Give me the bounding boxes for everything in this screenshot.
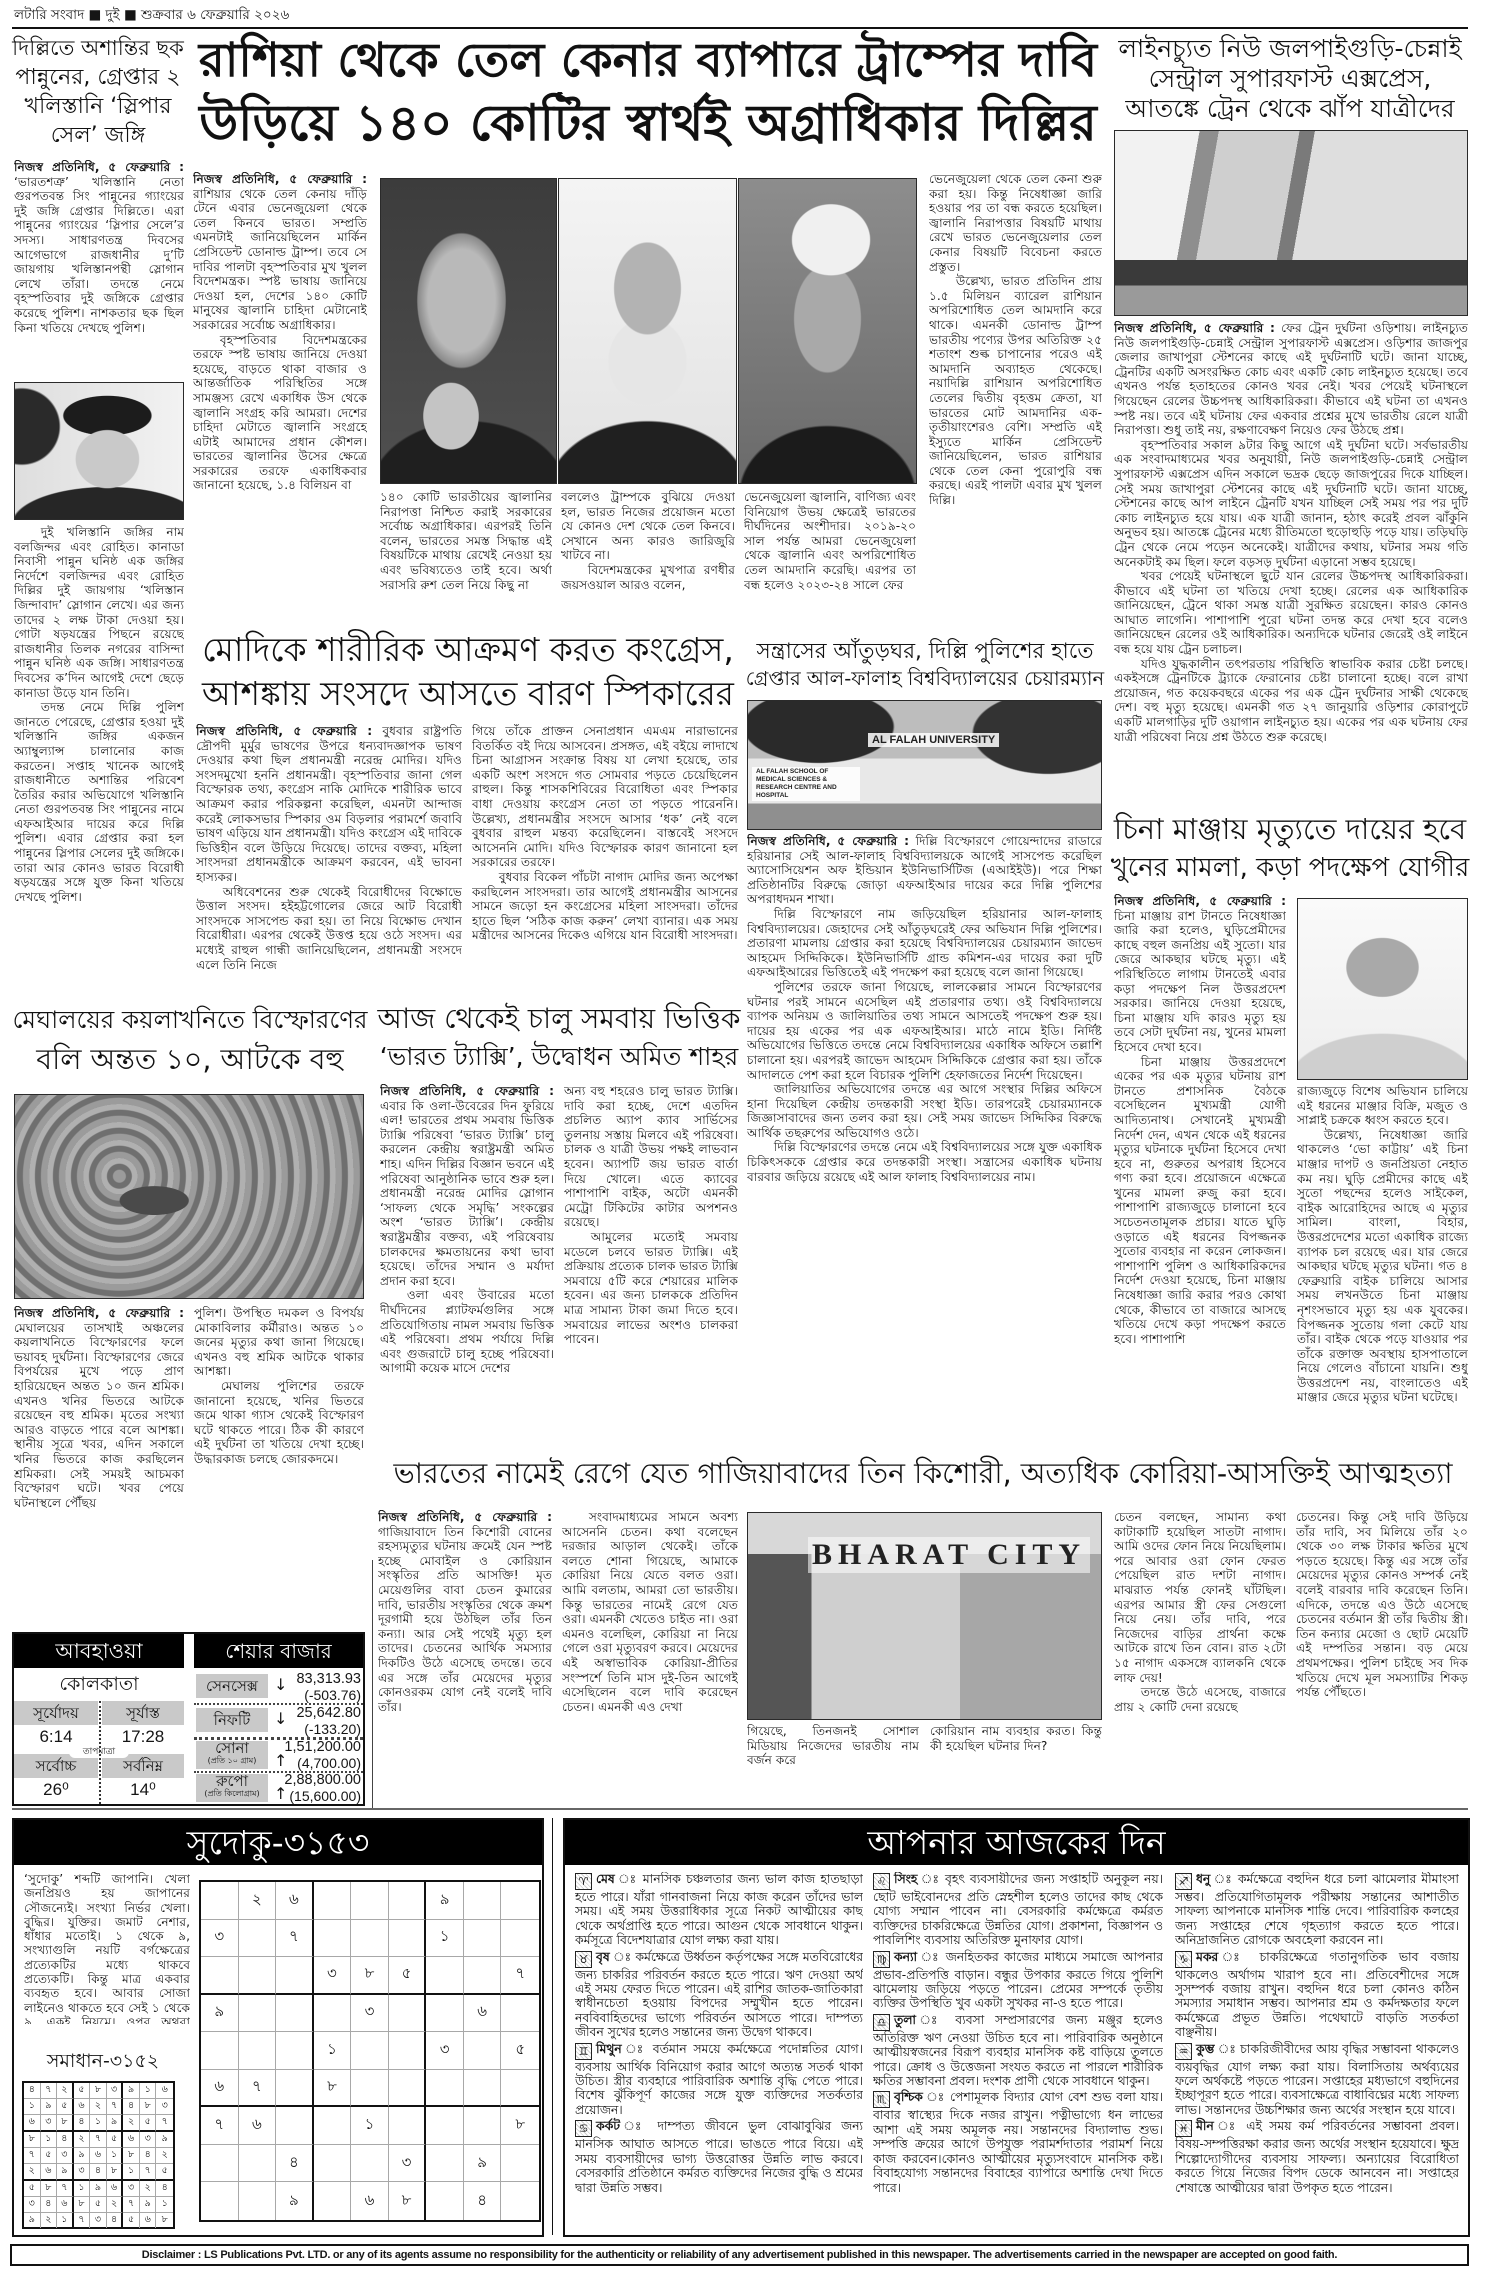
solution-cell: ৪: [41, 2197, 58, 2213]
solution-cell: ৮: [90, 2083, 107, 2099]
story-paragraph: নিজস্ব প্রতিনিধি, ৫ ফেব্রুয়ারি : রাশিয়…: [193, 172, 367, 333]
paragraph-text: মেঘালয়ের তাসখাই অঞ্চলের কয়লাখনিতে বিস্…: [14, 1321, 184, 1510]
photo-putin: [380, 178, 557, 484]
story-paragraph: সংবাদমাধ্যমের সামনে অবশ্য আসেননি চেতন। ক…: [562, 1510, 738, 1714]
story-paragraph: জালিয়াতির অভিযোগের তদন্তে এর আগে সংস্থা…: [747, 1082, 1102, 1140]
solution-cell: ৮: [24, 2132, 41, 2148]
solution-cell: ৯: [57, 2164, 74, 2181]
headline-line: ‘ভারত ট্যাক্সি’, উদ্বোধন অমিত শাহর: [376, 1038, 742, 1076]
solution-cell: ৩: [74, 2164, 91, 2181]
story-paragraph: নিজস্ব প্রতিনিধি, ৫ ফেব্রুয়ারি : গাজিয়…: [378, 1510, 552, 1714]
page-number: দুই: [106, 7, 120, 23]
column-divider: [552, 1818, 553, 2235]
china-manja-column-2: রাজ্যজুড়ে বিশেষ অভিযান চালিয়ে এই ধরনের…: [1297, 1084, 1468, 1442]
solution-cell: ৩: [107, 2083, 124, 2099]
sudoku-cell: [501, 2070, 539, 2108]
photo-trump: [738, 178, 917, 484]
sudoku-cell: ৪: [276, 2145, 314, 2183]
sudoku-solution-title: সমাধান-৩১৫২: [18, 2048, 188, 2074]
sudoku-cell: [201, 1957, 239, 1995]
share-change: (4,700.00): [297, 1755, 361, 1771]
sudoku-cell: [276, 2070, 314, 2108]
al-falah-headline: সন্ত্রাসের আঁতুড়ঘর, দিল্লি পুলিশের হাতে…: [745, 638, 1105, 696]
solution-cell: ৮: [107, 2164, 124, 2181]
headline-line: গ্রেপ্তার আল-ফালাহ বিশ্ববিদ্যালয়ের চেয়…: [745, 665, 1105, 692]
solution-cell: ৪: [24, 2083, 41, 2099]
ghaziabad-column-5: চেতনের। কিন্তু সেই দাবি উড়িয়ে তাঁর দাব…: [1296, 1510, 1468, 1802]
sudoku-cell: ৫: [389, 1957, 427, 1995]
prediction-text: চাকরিজীবীদের আয় বৃদ্ধির সম্ভাবনা থাকলেও…: [1175, 2042, 1459, 2117]
solution-cell: ৯: [24, 2213, 41, 2228]
photo-sign-subtext: AL FALAH SCHOOL OF MEDICAL SCIENCES & RE…: [752, 767, 860, 801]
solution-cell: ৫: [90, 2197, 107, 2213]
bharat-taxi-column-1: নিজস্ব প্রতিনিধি, ৫ ফেব্রুয়ারি : এবার ক…: [380, 1084, 554, 1442]
prediction-text: মানসিক চঞ্চলতার জন্য ভাল কাজ হাতছাড়া হত…: [575, 1872, 863, 1947]
sudoku-cell: ৬: [276, 1882, 314, 1920]
byline: নিজস্ব প্রতিনিধি, ৫ ফেব্রুয়ারি :: [193, 172, 367, 186]
sudoku-puzzle-grid: ২৬৯৩৭১৩৮৫৭৯৩৬১৩৫৬৭৮৭৬১৮৪৩৯৯৬৮৪: [199, 1880, 541, 2222]
sign-name: মীন: [1196, 2119, 1214, 2133]
story-paragraph: খবর পেয়েই ঘটনাস্থলে ছুটে যান রেলের উচ্চ…: [1114, 569, 1468, 657]
sudoku-cell: ৯: [464, 2145, 502, 2183]
meghalaya-column-1: নিজস্ব প্রতিনিধি, ৫ ফেব্রুয়ারি : মেঘালয…: [14, 1306, 184, 1628]
sudoku-cell: [464, 2107, 502, 2145]
solution-cell: ৩: [90, 2213, 107, 2228]
sudoku-cell: ৬: [351, 2182, 389, 2220]
story-paragraph: চেতনের। কিন্তু সেই দাবি উড়িয়ে তাঁর দাব…: [1296, 1510, 1468, 1700]
story-paragraph: উল্লেখ্য, ভারত প্রতিদিন প্রায় ১.৫ মিলিয…: [929, 274, 1102, 508]
headline-line: লাইনচ্যুত নিউ জলপাইগুড়ি-চেন্নাই: [1110, 34, 1470, 64]
sudoku-header: সুদোকু-৩১৫৩: [14, 1820, 542, 1865]
modi-story-column-1: নিজস্ব প্রতিনিধি, ৫ ফেব্রুয়ারি : বুধবার…: [196, 724, 462, 994]
sudoku-cell: [389, 2032, 427, 2070]
sudoku-cell: [201, 2032, 239, 2070]
story-paragraph: বৃহস্পতিবার বিদেশমন্ত্রকের তরফে স্পষ্ট ভ…: [193, 333, 367, 494]
horoscope-entry-scorpio: ♏বৃশ্চিক ঃ পেশামূলক বিদ্যার যোগ বেশ শুভ …: [873, 2090, 1163, 2194]
sudoku-cell: ৮: [389, 2182, 427, 2220]
headline-line: মোদিকে শারীরিক আক্রমণ করত কংগ্রেস,: [196, 628, 740, 672]
story-paragraph: বিদেশমন্ত্রকের মুখপাত্র রণধীর জয়সওয়াল …: [561, 563, 735, 592]
prediction-text: চাকরিক্ষেত্রে গতানুগতিক ভাব বজায় থাকলেও…: [1175, 1950, 1459, 2040]
story-paragraph: তদন্তে উঠে এসেছে, বাজারে প্রায় ২ কোটি দ…: [1114, 1685, 1286, 1714]
solution-cell: ৪: [107, 2213, 124, 2228]
headline-line: দিল্লিতে অশান্তির ছক: [10, 34, 186, 63]
story-paragraph: দুই খলিস্তানি জঙ্গির নাম বলজিন্দর এবং রো…: [14, 525, 184, 700]
headline-line: রাশিয়া থেকে তেল কেনার ব্যাপারে ট্রাম্পে…: [196, 30, 1100, 92]
paragraph-text: রাশিয়ার থেকে তেল কেনায় দাঁড়ি টেনে এবা…: [193, 187, 367, 332]
story-paragraph: নিজস্ব প্রতিনিধি, ৫ ফেব্রুয়ারি : বুধবার…: [196, 724, 462, 885]
sudoku-cell: [501, 2182, 539, 2220]
photo-pannun: [14, 382, 184, 520]
meghalaya-column-2: পুলিশ। উপস্থিত দমকল ও বিপর্যয় মোকাবিলার…: [194, 1306, 364, 1628]
solution-cell: ৫: [74, 2083, 91, 2099]
paragraph-text: এবার কি ওলা-উবেরের দিন ফুরিয়ে এল! ভারতে…: [380, 1099, 554, 1288]
prediction-text: কর্মক্ষেত্রে বহুদিন ধরে চলা ঝামেলার মীমা…: [1175, 1872, 1459, 1947]
newspaper-page: লটারি সংবাদ ■ দুই ■ শুক্রবার ৬ ফেব্রুয়া…: [0, 0, 1500, 2270]
photo-coal-mine-rescue: [14, 1094, 364, 1299]
weather-header: আবহাওয়া: [14, 1634, 184, 1668]
sunrise-label: সূর্যোদয়: [14, 1701, 98, 1725]
solution-cell: ৯: [74, 2148, 91, 2164]
sudoku-cell: [464, 2070, 502, 2108]
headline-line: আশঙ্কায় সংসদে আসতে বারণ স্পিকারের: [196, 672, 740, 716]
sudoku-cell: [389, 1882, 427, 1920]
weather-divider: [99, 1701, 101, 1804]
solution-cell: ৩: [140, 2132, 157, 2148]
solution-cell: ৩: [41, 2115, 58, 2132]
byline: নিজস্ব প্রতিনিধি, ৫ ফেব্রুয়ারি :: [14, 160, 184, 174]
share-label: সোনা: [196, 1741, 268, 1756]
scorpio-zodiac-icon: ♏: [873, 2091, 890, 2108]
share-unit: (প্রতি ১০ গ্রাম): [196, 1756, 268, 1766]
ghaziabad-caption-column-1: গিয়েছে, তিনজনই সোশাল মিডিয়ায় নিজেদের …: [747, 1724, 919, 1798]
sudoku-cell: ৯: [426, 1882, 464, 1920]
sudoku-cell: ৭: [501, 1957, 539, 1995]
solution-cell: ৫: [156, 2164, 173, 2181]
share-change: (15,600.00): [289, 1788, 361, 1804]
story-paragraph: দিল্লি বিস্ফোরণে নাম জড়িয়েছিল হরিয়ানা…: [747, 907, 1102, 980]
meghalaya-headline: মেঘালয়ের কয়লাখনিতে বিস্ফোরণের বলি অন্ত…: [12, 1000, 368, 1086]
solution-cell: ৬: [140, 2213, 157, 2228]
sign-name: ধনু: [1196, 1872, 1210, 1886]
sudoku-cell: ১: [314, 2032, 352, 2070]
sudoku-cell: [201, 2182, 239, 2220]
horoscope-entry-taurus: ♉বৃষ ঃ কর্মক্ষেত্রে উর্ধ্বতন কর্তৃপক্ষের…: [575, 1950, 863, 2040]
solution-cell: ৪: [90, 2164, 107, 2181]
sudoku-cell: ৩: [201, 1920, 239, 1958]
byline: নিজস্ব প্রতিনিধি, ৫ ফেব্রুয়ারি :: [1114, 321, 1275, 335]
prediction-text: জনহিতকর কাজের মাধ্যমে সমাজে আপনার প্রভাব…: [873, 1950, 1163, 2011]
solution-cell: ৩: [123, 2181, 140, 2197]
sudoku-cell: [239, 1995, 277, 2033]
sudoku-cell: [239, 1957, 277, 1995]
share-row-sensex: সেনসেক্স ↓ 83,313.93 (-503.76): [194, 1671, 363, 1703]
story-paragraph: মেঘালয় পুলিশের তরফে জানানো হয়েছে, খনির…: [194, 1379, 364, 1467]
story-paragraph: নিজস্ব প্রতিনিধি, ৫ ফেব্রুয়ারি : মেঘালয…: [14, 1306, 184, 1510]
sudoku-cell: ৬: [464, 1995, 502, 2033]
solution-cell: ৬: [90, 2148, 107, 2164]
horoscope-entry-cancer: ♋কর্কট ঃ দাম্পত্য জীবনে ভুল বোঝাবুঝির জন…: [575, 2119, 863, 2195]
sudoku-cell: ২: [239, 1882, 277, 1920]
separator-square-icon: ■: [124, 7, 137, 23]
sudoku-cell: [389, 1995, 427, 2033]
story-paragraph: নিজস্ব প্রতিনিধি, ৫ ফেব্রুয়ারি : এবার ক…: [380, 1084, 554, 1288]
photo-sign-text: AL FALAH UNIVERSITY: [868, 733, 999, 747]
solution-cell: ৭: [123, 2197, 140, 2213]
solution-cell: ৮: [156, 2213, 173, 2228]
sudoku-cell: [426, 2182, 464, 2220]
story-paragraph: উল্লেখ্য, নিষেধাজ্ঞা জারি থাকলেও ‘ভো কাট…: [1297, 1128, 1468, 1405]
story-paragraph: গিয়ে তাঁকে প্রাক্তন সেনাপ্রধান এমএম নার…: [472, 724, 738, 870]
leo-zodiac-icon: ♌: [873, 1873, 890, 1890]
solution-cell: ৭: [156, 2115, 173, 2132]
solution-cell: ৭: [74, 2213, 91, 2228]
khalistan-body-top: নিজস্ব প্রতিনিধি, ৫ ফেব্রুয়ারি : ‘ভারতশ…: [14, 160, 184, 378]
sudoku-cell: [276, 2032, 314, 2070]
sudoku-cell: [351, 2070, 389, 2108]
sunset-time: 17:28: [102, 1726, 184, 1748]
section-rule: [12, 1808, 1468, 1810]
share-value: 1,51,200.00: [284, 1739, 361, 1755]
sign-name: মিথুন: [596, 2042, 622, 2056]
byline: নিজস্ব প্রতিনিধি, ৫ ফেব্রুয়ারি :: [380, 1084, 554, 1098]
headline-line: সন্ত্রাসের আঁতুড়ঘর, দিল্লি পুলিশের হাতে: [745, 638, 1105, 665]
sunrise-time: 6:14: [14, 1726, 98, 1748]
share-row-silver: রুপো (প্রতি কিলোগ্রাম) ↑ 2,88,800.00 (15…: [194, 1772, 363, 1804]
solution-cell: ৭: [140, 2164, 157, 2181]
story-paragraph: ওলা এবং উবারের মতো দীর্ঘদিনের প্ল্যাটফর্…: [380, 1288, 554, 1376]
solution-cell: ৮: [123, 2148, 140, 2164]
byline: নিজস্ব প্রতিনিধি, ৫ ফেব্রুয়ারি :: [747, 834, 909, 848]
paragraph-text: গাজিয়াবাদে তিন কিশোরী বোনের রহস্যমৃত্যু…: [378, 1525, 552, 1714]
solution-cell: ৬: [74, 2099, 91, 2115]
solution-cell: ৬: [57, 2197, 74, 2213]
sudoku-cell: [464, 2032, 502, 2070]
solution-cell: ১: [24, 2099, 41, 2115]
headline-line: আজ থেকেই চালু সমবায় ভিত্তিক: [376, 1000, 742, 1038]
sudoku-cell: ৮: [501, 2107, 539, 2145]
sudoku-cell: [276, 1957, 314, 1995]
sudoku-cell: [351, 2032, 389, 2070]
sudoku-cell: ৬: [201, 2070, 239, 2108]
solution-cell: ২: [41, 2213, 58, 2228]
sudoku-cell: ১: [426, 1920, 464, 1958]
story-paragraph: অন্য বহু শহরেও চালু ভারত ট্যাক্সি। দাবি …: [564, 1084, 738, 1230]
share-label: সেনসেক্স: [196, 1674, 268, 1698]
headline-line: খলিস্তানি ‘স্লিপার: [10, 92, 186, 121]
ghaziabad-column-4: চেতন বলছেন, সামান্য কথা কাটাকাটি হয়েছিল…: [1114, 1510, 1286, 1802]
sudoku-cell: [464, 1920, 502, 1958]
sudoku-cell: [351, 1882, 389, 1920]
horoscope-entry-pisces: ♓মীন ঃ এই সময় কর্ম পরিবর্তনের সম্ভাবনা …: [1175, 2119, 1459, 2195]
sudoku-cell: [276, 2107, 314, 2145]
solution-cell: ২: [123, 2115, 140, 2132]
prediction-text: পেশামূলক বিদ্যার যোগ বেশ শুভ বলা যায়। ব…: [873, 2090, 1163, 2194]
solution-cell: ২: [90, 2099, 107, 2115]
sudoku-cell: ১: [351, 2107, 389, 2145]
solution-cell: ৫: [57, 2099, 74, 2115]
sign-name: বৃশ্চিক: [894, 2090, 923, 2104]
solution-cell: ৪: [74, 2115, 91, 2132]
solution-cell: ৭: [107, 2099, 124, 2115]
solution-cell: ৭: [41, 2083, 58, 2099]
horoscope-header: আপনার আজকের দিন: [565, 1820, 1468, 1865]
photo-sign-text: BHARAT CITY: [808, 1537, 1090, 1573]
sudoku-cell: [501, 2145, 539, 2183]
lead-story-column-2: ১৪০ কোটি ভারতীয়ের জ্বালানির নিরাপত্তা ন…: [380, 490, 552, 624]
headline-line: খুনের মামলা, কড়া পদক্ষেপ যোগীর: [1110, 849, 1470, 888]
disclaimer-footer: Disclaimer : LS Publications Pvt. LTD. o…: [10, 2244, 1469, 2266]
solution-cell: ৭: [57, 2181, 74, 2197]
header-rule: [12, 27, 1468, 29]
libra-zodiac-icon: ♎: [873, 2014, 890, 2031]
story-paragraph: তদন্ত নেমে দিল্লি পুলিশ জানতে পেরেছে, গ্…: [14, 700, 184, 904]
sudoku-cell: ৩: [351, 1995, 389, 2033]
story-paragraph: অধিবেশনের শুরু থেকেই বিরোধীদের বিক্ষোভে …: [196, 885, 462, 973]
weather-share-box: আবহাওয়া কোলকাতা সূর্যোদয় সূর্যাস্ত 6:1…: [12, 1632, 365, 1806]
virgo-zodiac-icon: ♍: [873, 1951, 890, 1968]
sagittarius-zodiac-icon: ♐: [1175, 1873, 1192, 1890]
solution-cell: ৮: [41, 2181, 58, 2197]
paragraph-text: ফের ট্রেন দুর্ঘটনা ওড়িশায়। লাইনচ্যুত ন…: [1114, 321, 1468, 437]
sudoku-cell: [426, 2107, 464, 2145]
train-headline: লাইনচ্যুত নিউ জলপাইগুড়ি-চেন্নাই সেন্ট্র…: [1110, 34, 1470, 128]
khalistan-headline: দিল্লিতে অশান্তির ছক পান্নুনের, গ্রেপ্তা…: [10, 34, 186, 156]
story-paragraph: নিজস্ব প্রতিনিধি, ৫ ফেব্রুয়ারি : চিনা ম…: [1114, 894, 1286, 1055]
bharat-taxi-headline: আজ থেকেই চালু সমবায় ভিত্তিক ‘ভারত ট্যাক…: [376, 1000, 742, 1080]
sudoku-cell: [314, 2182, 352, 2220]
solution-cell: ৯: [107, 2115, 124, 2132]
sudoku-cell: ৮: [351, 1957, 389, 1995]
sudoku-cell: [314, 1882, 352, 1920]
share-value: 83,313.93: [296, 1671, 361, 1687]
sudoku-cell: ৯: [201, 1995, 239, 2033]
sudoku-cell: [276, 1995, 314, 2033]
solution-cell: ৬: [107, 2181, 124, 2197]
sign-name: তুলা: [894, 2013, 916, 2027]
solution-cell: ৫: [140, 2115, 157, 2132]
solution-cell: ৮: [140, 2099, 157, 2115]
sudoku-cell: [351, 2145, 389, 2183]
sudoku-cell: ৭: [239, 2070, 277, 2108]
sudoku-cell: ৭: [276, 1920, 314, 1958]
sudoku-cell: [426, 1957, 464, 1995]
photo-modi: [558, 178, 737, 484]
paragraph-text: বুধবার রাষ্ট্রপতি দ্রৌপদী মুর্মুর ভাষণের…: [196, 724, 462, 884]
photo-yogi-adityanath: [1297, 898, 1468, 1080]
arrow-down-icon: ↓: [274, 1709, 287, 1728]
headline-line: মেঘালয়ের কয়লাখনিতে বিস্ফোরণের: [12, 1000, 368, 1040]
lead-story-column-5: ভেনেজুয়েলা থেকে তেল কেনা শুরু করা হয়। …: [929, 172, 1102, 620]
horoscope-entry-aries: ♈মেষ ঃ মানসিক চঞ্চলতার জন্য ভাল কাজ হাতছ…: [575, 1872, 863, 1948]
solution-cell: ৮: [57, 2115, 74, 2132]
share-value: 25,642.80: [296, 1705, 361, 1721]
photo-bharat-city-complex: BHARAT CITY: [747, 1512, 1102, 1720]
solution-cell: ৫: [123, 2213, 140, 2228]
sudoku-cell: [201, 1882, 239, 1920]
sudoku-cell: [389, 2070, 427, 2108]
khalistan-body-bottom: দুই খলিস্তানি জঙ্গির নাম বলজিন্দর এবং রো…: [14, 525, 184, 991]
headline-line: সেল’ জঙ্গি: [10, 121, 186, 150]
horoscope-entry-libra: ♎তুলা ঃ ব্যবসা সম্প্রসারণের জন্য মঞ্জুর …: [873, 2013, 1163, 2089]
solution-cell: ১: [140, 2083, 157, 2099]
story-paragraph: পুলিশ। উপস্থিত দমকল ও বিপর্যয় মোকাবিলার…: [194, 1306, 364, 1379]
sign-name: বৃষ: [596, 1950, 610, 1964]
sudoku-cell: [239, 2145, 277, 2183]
commodity-label-box: রুপো (প্রতি কিলোগ্রাম): [196, 1774, 268, 1802]
horoscope-column-2: ♌সিংহ ঃ বৃহৎ ব্যবসায়ীদের জন্য সপ্তাহটি …: [873, 1872, 1163, 2230]
sign-name: মকর: [1196, 1950, 1218, 1964]
horoscope-entry-sagittarius: ♐ধনু ঃ কর্মক্ষেত্রে বহুদিন ধরে চলা ঝামেল…: [1175, 1872, 1459, 1948]
horoscope-entry-capricorn: ♑মকর ঃ চাকরিক্ষেত্রে গতানুগতিক ভাব বজায়…: [1175, 1950, 1459, 2040]
share-row-gold: সোনা (প্রতি ১০ গ্রাম) ↑ 1,51,200.00 (4,7…: [194, 1739, 363, 1771]
story-paragraph: গিয়েছে, তিনজনই সোশাল মিডিয়ায় নিজেদের …: [747, 1724, 919, 1768]
story-paragraph: নিজস্ব প্রতিনিধি, ৫ ফেব্রুয়ারি : ফের ট্…: [1114, 321, 1468, 438]
issue-date: শুক্রবার ৬ ফেব্রুয়ারি ২০২৬: [141, 7, 289, 23]
byline: নিজস্ব প্রতিনিধি, ৫ ফেব্রুয়ারি :: [1114, 894, 1286, 908]
sudoku-cell: [239, 1920, 277, 1958]
solution-cell: ১: [123, 2164, 140, 2181]
prediction-text: বৃহৎ ব্যবসায়ীদের জন্য সপ্তাহটি অনুকূল ন…: [873, 1872, 1163, 1947]
sudoku-cell: [239, 2032, 277, 2070]
publication-name: লটারি সংবাদ: [14, 7, 84, 23]
sudoku-cell: ৫: [501, 2032, 539, 2070]
headline-line: আতঙ্কে ট্রেন থেকে ঝাঁপ যাত্রীদের: [1110, 94, 1470, 124]
solution-cell: ২: [57, 2083, 74, 2099]
solution-cell: ৯: [90, 2181, 107, 2197]
sign-name: মেষ: [596, 1872, 615, 1886]
story-paragraph: রাজ্যজুড়ে বিশেষ অভিযান চালিয়ে এই ধরনের…: [1297, 1084, 1468, 1128]
headline-line: পান্নুনের, গ্রেপ্তার ২: [10, 63, 186, 92]
sudoku-cell: [239, 2182, 277, 2220]
column-divider: [372, 1560, 373, 1808]
horoscope-entry-aquarius: ♒কুম্ভ ঃ চাকরিজীবীদের আয় বৃদ্ধির সম্ভাব…: [1175, 2042, 1459, 2118]
prediction-text: কর্মক্ষেত্রে উর্ধ্বতন কর্তৃপক্ষের সঙ্গে …: [575, 1950, 863, 2040]
weather-city: কোলকাতা: [14, 1670, 184, 1698]
arrow-down-icon: ↓: [274, 1675, 287, 1694]
sunset-label: সূর্যাস্ত: [102, 1701, 184, 1725]
story-paragraph: বললেও ট্রাম্পকে বুঝিয়ে দেওয়া হল, ভারত …: [561, 490, 735, 563]
paragraph-text: ‘ভারতশত্রু’ খলিস্তানি নেতা গুরপতবন্ত সিং…: [14, 175, 184, 335]
share-label: নিফটি: [196, 1708, 268, 1732]
taurus-zodiac-icon: ♉: [575, 1951, 592, 1968]
sudoku-cell: [314, 1920, 352, 1958]
story-paragraph: চেতন বলছেন, সামান্য কথা কাটাকাটি হয়েছিল…: [1114, 1510, 1286, 1685]
ghaziabad-headline: ভারতের নামেই রেগে যেত গাজিয়াবাদের তিন ক…: [376, 1450, 1470, 1502]
byline: নিজস্ব প্রতিনিধি, ৫ ফেব্রুয়ারি :: [196, 724, 372, 738]
china-manja-headline: চিনা মাঞ্জায় মৃত্যুতে দায়ের হবে খুনের …: [1110, 810, 1470, 890]
solution-cell: ৩: [57, 2148, 74, 2164]
sudoku-cell: [351, 1920, 389, 1958]
gemini-zodiac-icon: ♊: [575, 2043, 592, 2060]
solution-cell: ৭: [24, 2148, 41, 2164]
sudoku-cell: [426, 2145, 464, 2183]
byline: নিজস্ব প্রতিনিধি, ৫ ফেব্রুয়ারি :: [14, 1306, 184, 1320]
solution-cell: ৩: [156, 2099, 173, 2115]
sudoku-cell: ৩: [389, 2145, 427, 2183]
sudoku-cell: [501, 1882, 539, 1920]
sudoku-cell: ৭: [201, 2107, 239, 2145]
story-paragraph: নিজস্ব প্রতিনিধি, ৫ ফেব্রুয়ারি : ‘ভারতশ…: [14, 160, 184, 335]
solution-cell: ৪: [140, 2148, 157, 2164]
solution-cell: ২: [24, 2164, 41, 2181]
headline-line: ভারতের নামেই রেগে যেত গাজিয়াবাদের তিন ক…: [376, 1450, 1470, 1498]
solution-cell: ৯: [140, 2197, 157, 2213]
story-paragraph: বৃহস্পতিবার সকাল ৯টার কিছু আগে এই দুর্ঘট…: [1114, 438, 1468, 569]
story-paragraph: নিজস্ব প্রতিনিধি, ৫ ফেব্রুয়ারি : দিল্লি…: [747, 834, 1102, 907]
horoscope-entry-leo: ♌সিংহ ঃ বৃহৎ ব্যবসায়ীদের জন্য সপ্তাহটি …: [873, 1872, 1163, 1948]
photo-derailed-train: [1114, 130, 1468, 316]
sudoku-cell: [314, 2145, 352, 2183]
sudoku-cell: [501, 1920, 539, 1958]
solution-cell: ৮: [74, 2197, 91, 2213]
solution-cell: ২: [107, 2197, 124, 2213]
headline-line: বলি অন্তত ১০, আটকে বহু: [12, 1040, 368, 1080]
solution-cell: ১: [74, 2181, 91, 2197]
sudoku-cell: [314, 2107, 352, 2145]
ghaziabad-column-1: নিজস্ব প্রতিনিধি, ৫ ফেব্রুয়ারি : গাজিয়…: [378, 1510, 552, 1802]
solution-cell: ৩: [24, 2197, 41, 2213]
al-falah-story-body: নিজস্ব প্রতিনিধি, ৫ ফেব্রুয়ারি : দিল্লি…: [747, 834, 1102, 1440]
story-paragraph: পুলিশের তরফে জানা গিয়েছে, লালকেল্লার সা…: [747, 980, 1102, 1082]
sudoku-cell: [389, 2107, 427, 2145]
sudoku-cell: [389, 1920, 427, 1958]
photo-al-falah-university-gate: AL FALAH UNIVERSITY AL FALAH SCHOOL OF M…: [747, 700, 1102, 830]
aries-zodiac-icon: ♈: [575, 1873, 592, 1890]
solution-cell: ১: [90, 2115, 107, 2132]
sudoku-cell: [314, 1995, 352, 2033]
solution-cell: ৫: [107, 2132, 124, 2148]
